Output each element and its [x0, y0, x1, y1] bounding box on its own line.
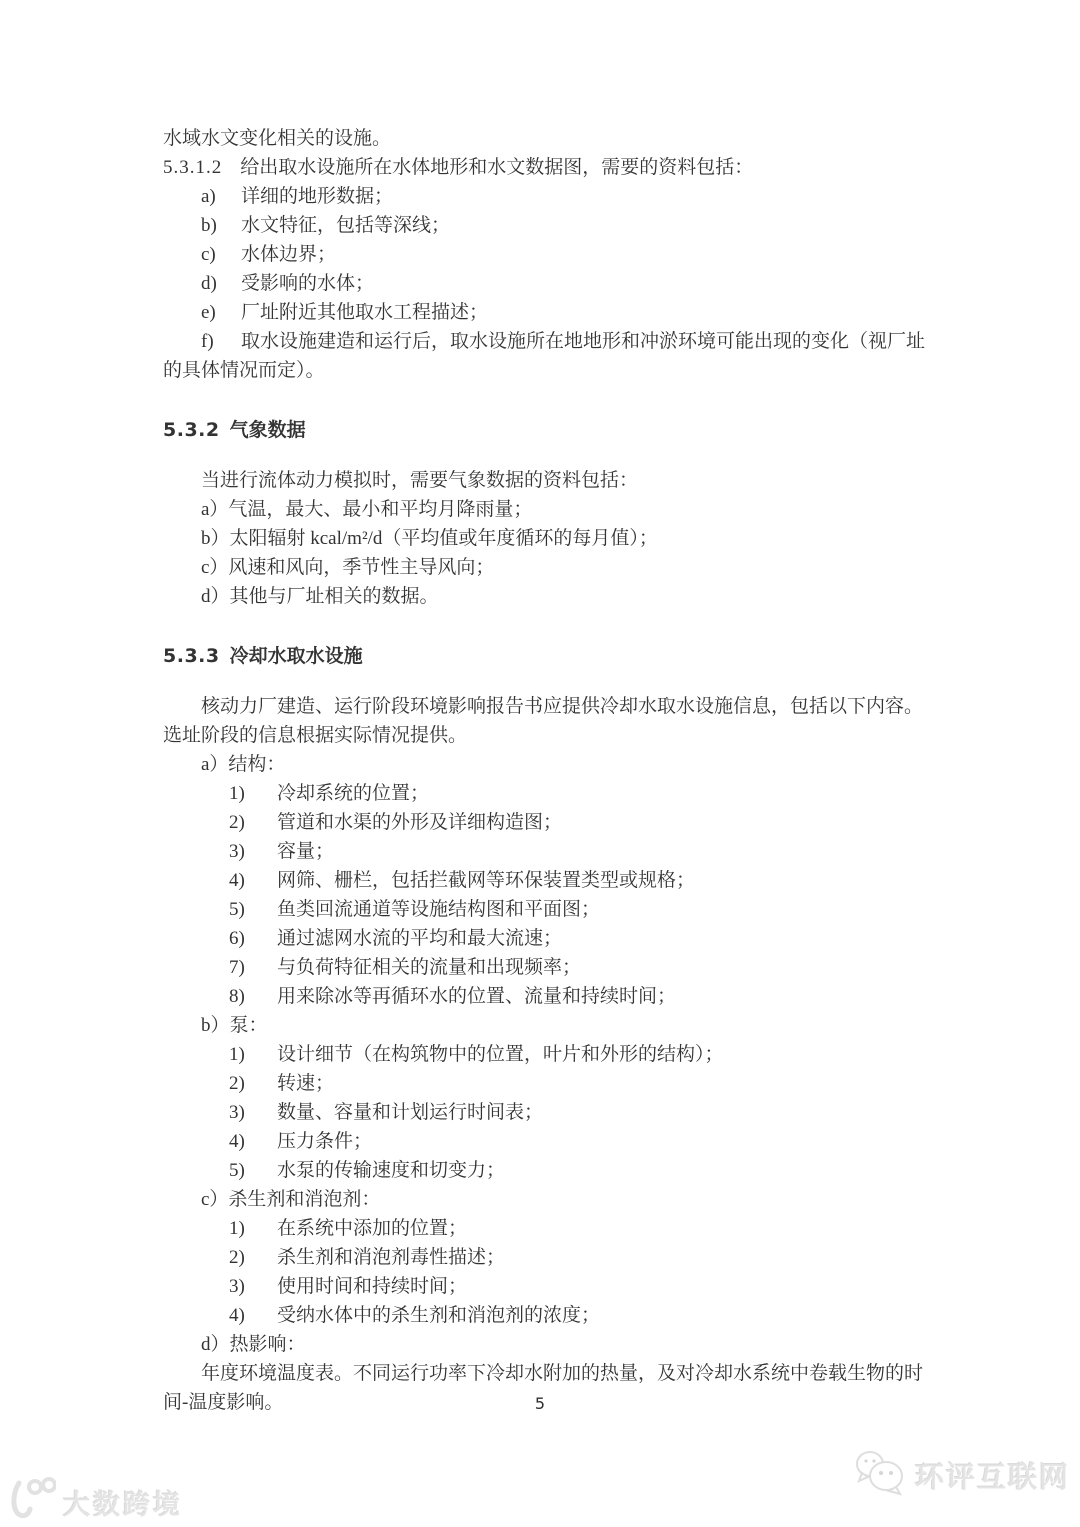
line-text: 设计细节（在构筑物中的位置，叶片和外形的结构）； — [277, 1044, 724, 1065]
sublist-item-2: 2)管道和水渠的外形及详细构造图； — [163, 808, 925, 837]
line-text: 水体边界； — [241, 244, 336, 265]
line-text: b）太阳辐射 kcal/m²/d（平均值或年度循环的每月值）； — [201, 528, 658, 549]
list-marker: f) — [201, 327, 241, 356]
line-text: a）结构： — [201, 754, 285, 775]
dashu-logo-icon — [8, 1477, 56, 1527]
section-number: 5.3.3 — [163, 645, 220, 667]
line-text: c）风速和风向，季节性主导风向； — [201, 557, 494, 578]
list-marker: 4) — [229, 866, 277, 895]
list-marker: 3) — [229, 837, 277, 866]
line-text: 受纳水体中的杀生剂和消泡剂的浓度； — [277, 1305, 600, 1326]
line-text: 厂址附近其他取水工程描述； — [241, 302, 488, 323]
list-item-b: b）太阳辐射 kcal/m²/d（平均值或年度循环的每月值）； — [163, 524, 925, 553]
line-text: 受影响的水体； — [241, 273, 374, 294]
watermark-text: 环评互联网 — [915, 1455, 1070, 1496]
line-text: 杀生剂和消泡剂毒性描述； — [277, 1247, 505, 1268]
line-text: 当进行流体动力模拟时，需要气象数据的资料包括： — [201, 470, 638, 491]
list-item-c: c）风速和风向，季节性主导风向； — [163, 553, 925, 582]
section-title: 气象数据 — [230, 419, 306, 441]
line-text: 网筛、栅栏，包括拦截网等环保装置类型或规格； — [277, 870, 695, 891]
sublist-item-1: 1)设计细节（在构筑物中的位置，叶片和外形的结构）； — [163, 1040, 925, 1069]
paragraph-line: 水域水文变化相关的设施。 — [163, 124, 925, 153]
line-text: 水域水文变化相关的设施。 — [163, 128, 391, 149]
list-marker: 5) — [229, 1156, 277, 1185]
line-text: 转速； — [277, 1073, 334, 1094]
list-item-c: c)水体边界； — [163, 240, 925, 269]
list-item-d: d）其他与厂址相关的数据。 — [163, 582, 925, 611]
sublist-item-5: 5)鱼类回流通道等设施结构图和平面图； — [163, 895, 925, 924]
sublist-item-2: 2)杀生剂和消泡剂毒性描述； — [163, 1243, 925, 1272]
section-heading-5-3-2: 5.3.2气象数据 — [163, 416, 925, 445]
list-item-f: f)取水设施建造和运行后，取水设施所在地地形和冲淤环境可能出现的变化（视厂址 — [163, 327, 925, 356]
list-marker: 6) — [229, 924, 277, 953]
line-text: 数量、容量和计划运行时间表； — [277, 1102, 543, 1123]
sublist-item-3: 3)使用时间和持续时间； — [163, 1272, 925, 1301]
line-text: 使用时间和持续时间； — [277, 1276, 467, 1297]
sublist-item-4: 4)压力条件； — [163, 1127, 925, 1156]
list-marker: 4) — [229, 1301, 277, 1330]
line-text: 管道和水渠的外形及详细构造图； — [277, 812, 562, 833]
line-text: 容量； — [277, 841, 334, 862]
sublist-item-3: 3)容量； — [163, 837, 925, 866]
line-text: 压力条件； — [277, 1131, 372, 1152]
paragraph-line: 核动力厂建造、运行阶段环境影响报告书应提供冷却水取水设施信息，包括以下内容。 — [163, 692, 925, 721]
line-text: 核动力厂建造、运行阶段环境影响报告书应提供冷却水取水设施信息，包括以下内容。 — [201, 696, 923, 717]
sublist-item-4: 4)受纳水体中的杀生剂和消泡剂的浓度； — [163, 1301, 925, 1330]
sublist-item-5: 5)水泵的传输速度和切变力； — [163, 1156, 925, 1185]
line-text: b）泵： — [201, 1015, 268, 1036]
sublist-item-8: 8)用来除冰等再循环水的位置、流量和持续时间； — [163, 982, 925, 1011]
line-text: d）其他与厂址相关的数据。 — [201, 586, 439, 607]
list-item-b: b)水文特征，包括等深线； — [163, 211, 925, 240]
list-marker: 3) — [229, 1272, 277, 1301]
list-item-a: a)详细的地形数据； — [163, 182, 925, 211]
list-marker: 4) — [229, 1127, 277, 1156]
list-marker: 5) — [229, 895, 277, 924]
list-marker: e) — [201, 298, 241, 327]
list-marker: 1) — [229, 1040, 277, 1069]
list-item-c-biocides: c）杀生剂和消泡剂： — [163, 1185, 925, 1214]
line-text: 水文特征，包括等深线； — [241, 215, 450, 236]
list-marker: c) — [201, 240, 241, 269]
sublist-item-6: 6)通过滤网水流的平均和最大流速； — [163, 924, 925, 953]
list-marker: 1) — [229, 1214, 277, 1243]
line-text: 冷却系统的位置； — [277, 783, 429, 804]
list-marker: 2) — [229, 1069, 277, 1098]
list-item-e: e)厂址附近其他取水工程描述； — [163, 298, 925, 327]
sublist-item-1: 1)冷却系统的位置； — [163, 779, 925, 808]
line-text: 详细的地形数据； — [241, 186, 393, 207]
watermark-huanping-internet: 环评互联网 — [852, 1447, 1070, 1504]
line-text: c）杀生剂和消泡剂： — [201, 1189, 380, 1210]
list-item-a-structure: a）结构： — [163, 750, 925, 779]
line-text: 用来除冰等再循环水的位置、流量和持续时间； — [277, 986, 676, 1007]
list-marker: b) — [201, 211, 241, 240]
section-heading-5-3-3: 5.3.3冷却水取水设施 — [163, 642, 925, 671]
section-5-3-1-2-line: 5.3.1.2给出取水设施所在水体地形和水文数据图，需要的资料包括： — [163, 153, 925, 182]
list-marker: 7) — [229, 953, 277, 982]
line-text: 年度环境温度表。不同运行功率下冷却水附加的热量，及对冷却水系统中卷载生物的时 — [201, 1363, 923, 1384]
paragraph-line: 年度环境温度表。不同运行功率下冷却水附加的热量，及对冷却水系统中卷载生物的时 — [163, 1359, 925, 1388]
list-marker: 3) — [229, 1098, 277, 1127]
list-item-d-thermal: d）热影响： — [163, 1330, 925, 1359]
paragraph-line: 当进行流体动力模拟时，需要气象数据的资料包括： — [163, 466, 925, 495]
sublist-item-2: 2)转速； — [163, 1069, 925, 1098]
section-number: 5.3.1.2 — [163, 157, 222, 178]
list-item-d: d)受影响的水体； — [163, 269, 925, 298]
sublist-item-7: 7)与负荷特征相关的流量和出现频率； — [163, 953, 925, 982]
line-text: d）热影响： — [201, 1334, 306, 1355]
page-number: 5 — [0, 1394, 1080, 1413]
paragraph-continuation-line: 的具体情况而定）。 — [163, 356, 925, 385]
line-text: 在系统中添加的位置； — [277, 1218, 467, 1239]
line-text: 通过滤网水流的平均和最大流速； — [277, 928, 562, 949]
list-item-b-pumps: b）泵： — [163, 1011, 925, 1040]
line-text: a）气温，最大、最小和平均月降雨量； — [201, 499, 532, 520]
watermark-text: 大数跨境 — [63, 1483, 183, 1522]
list-marker: 1) — [229, 779, 277, 808]
sublist-item-1: 1)在系统中添加的位置； — [163, 1214, 925, 1243]
list-marker: 8) — [229, 982, 277, 1011]
list-marker: 2) — [229, 808, 277, 837]
section-title: 冷却水取水设施 — [230, 645, 363, 667]
paragraph-continuation-line: 选址阶段的信息根据实际情况提供。 — [163, 721, 925, 750]
sublist-item-3: 3)数量、容量和计划运行时间表； — [163, 1098, 925, 1127]
line-text: 水泵的传输速度和切变力； — [277, 1160, 505, 1181]
wechat-chat-bubbles-icon — [852, 1447, 908, 1504]
list-item-a: a）气温，最大、最小和平均月降雨量； — [163, 495, 925, 524]
sublist-item-4: 4)网筛、栅栏，包括拦截网等环保装置类型或规格； — [163, 866, 925, 895]
document-body: 水域水文变化相关的设施。 5.3.1.2给出取水设施所在水体地形和水文数据图，需… — [163, 124, 925, 1417]
line-text: 鱼类回流通道等设施结构图和平面图； — [277, 899, 600, 920]
list-marker: a) — [201, 182, 241, 211]
watermark-dashukuajing: 大数跨境 — [8, 1477, 183, 1527]
line-text: 选址阶段的信息根据实际情况提供。 — [163, 725, 467, 746]
list-marker: d) — [201, 269, 241, 298]
line-text: 与负荷特征相关的流量和出现频率； — [277, 957, 581, 978]
document-page: 水域水文变化相关的设施。 5.3.1.2给出取水设施所在水体地形和水文数据图，需… — [0, 0, 1080, 1527]
line-text: 给出取水设施所在水体地形和水文数据图，需要的资料包括： — [240, 157, 753, 178]
list-marker: 2) — [229, 1243, 277, 1272]
line-text: 的具体情况而定）。 — [163, 360, 325, 381]
line-text: 取水设施建造和运行后，取水设施所在地地形和冲淤环境可能出现的变化（视厂址 — [241, 331, 925, 352]
section-number: 5.3.2 — [163, 419, 220, 441]
